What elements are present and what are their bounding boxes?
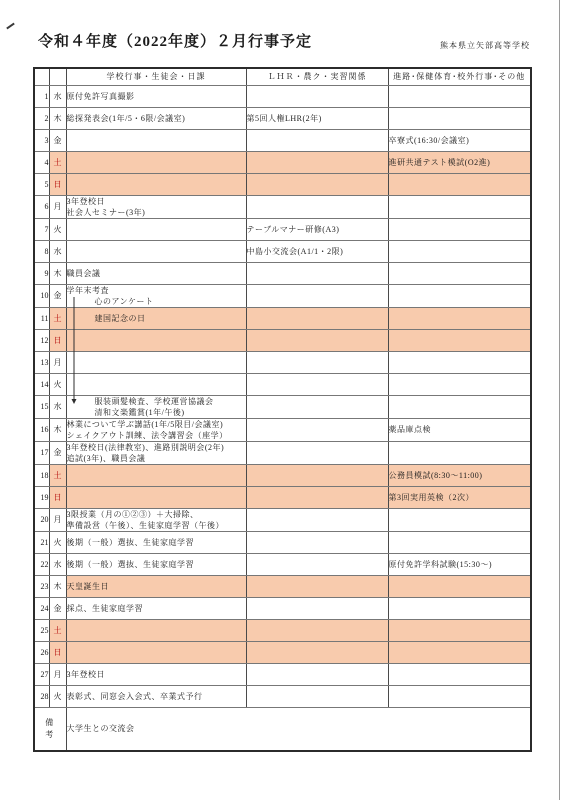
schedule-row: 2木総探発表会(1年/5・6限/会議室)第5回人権LHR(2年): [34, 107, 531, 129]
event-text: 3年登校日: [67, 669, 246, 680]
cell-lhr-club: [246, 284, 388, 307]
header-weekday-blank: [49, 68, 66, 85]
cell-career-other: [388, 575, 531, 597]
event-text: 後期（一般）選抜、生徒家庭学習: [67, 559, 246, 570]
event-text: 薬品庫点検: [389, 424, 531, 435]
cell-career-other: [388, 663, 531, 685]
cell-lhr-club: [246, 373, 388, 395]
day-number: 10: [34, 284, 49, 307]
day-number: 28: [34, 685, 49, 707]
header-day-blank: [34, 68, 49, 85]
day-number: 24: [34, 597, 49, 619]
weekday-label: 水: [49, 395, 66, 418]
cell-career-other: 進研共通テスト模試(O2進): [388, 151, 531, 173]
day-number: 22: [34, 553, 49, 575]
day-number: 23: [34, 575, 49, 597]
cell-lhr-club: [246, 262, 388, 284]
cell-lhr-club: [246, 685, 388, 707]
event-text: 表彰式、同窓会入会式、卒業式予行: [67, 691, 246, 702]
cell-lhr-club: [246, 597, 388, 619]
cell-lhr-club: [246, 441, 388, 464]
day-number: 12: [34, 329, 49, 351]
weekday-label: 月: [49, 351, 66, 373]
cell-career-other: 原付免許学科試験(15:30～): [388, 553, 531, 575]
cell-school-events: [66, 240, 246, 262]
cell-school-events: 建国記念の日: [66, 307, 246, 329]
cell-career-other: 卒寮式(16:30/会議室): [388, 129, 531, 151]
schedule-row: 6月3年登校日社会人セミナー(3年): [34, 195, 531, 218]
weekday-label: 土: [49, 464, 66, 486]
cell-school-events: 原付免許写真撮影: [66, 85, 246, 107]
cell-lhr-club: テーブルマナー研修(A3): [246, 218, 388, 240]
cell-school-events: 後期（一般）選抜、生徒家庭学習: [66, 553, 246, 575]
event-text: 3限授業（月の①②③）＋大掃除、: [67, 509, 246, 520]
cell-school-events: 天皇誕生日: [66, 575, 246, 597]
weekday-label: 水: [49, 553, 66, 575]
weekday-label: 金: [49, 284, 66, 307]
cell-school-events: 表彰式、同窓会入会式、卒業式予行: [66, 685, 246, 707]
day-number: 27: [34, 663, 49, 685]
schedule-row: 25土: [34, 619, 531, 641]
event-text: 林業について学ぶ講話(1年/5限目/会議室): [67, 419, 246, 430]
cell-school-events: [66, 173, 246, 195]
event-text: 3年登校日: [67, 196, 246, 207]
schedule-row: 7火テーブルマナー研修(A3): [34, 218, 531, 240]
schedule-row: 14火: [34, 373, 531, 395]
page-title: 令和４年度（2022年度）２月行事予定: [38, 30, 312, 51]
notes-label-text: 備考: [44, 717, 56, 741]
schedule-row: 18土公務員模試(8:30～11:00): [34, 464, 531, 486]
day-number: 3: [34, 129, 49, 151]
day-number: 1: [34, 85, 49, 107]
cell-career-other: 薬品庫点検: [388, 418, 531, 441]
schedule-page: 令和４年度（2022年度）２月行事予定 熊本県立矢部高等学校 学校行事・生徒会・…: [0, 0, 566, 800]
cell-school-events: 3年登校日社会人セミナー(3年): [66, 195, 246, 218]
event-text: 第3回実用英検（2次）: [389, 492, 531, 503]
weekday-label: 金: [49, 129, 66, 151]
cell-career-other: [388, 107, 531, 129]
weekday-label: 月: [49, 508, 66, 531]
weekday-label: 日: [49, 173, 66, 195]
schedule-table: 学校行事・生徒会・日課 ＬＨＲ・農ク・実習関係 進路･保健体育･校外行事･その他…: [33, 67, 532, 752]
schedule-row: 13月: [34, 351, 531, 373]
event-text: 服装頭髪検査、学校運営協議会: [67, 396, 246, 407]
schedule-row: 12日: [34, 329, 531, 351]
cell-career-other: [388, 508, 531, 531]
schedule-row: 9木職員会議: [34, 262, 531, 284]
day-number: 16: [34, 418, 49, 441]
event-text: 第5回人権LHR(2年): [247, 113, 388, 124]
weekday-label: 金: [49, 441, 66, 464]
cell-career-other: [388, 597, 531, 619]
weekday-label: 木: [49, 418, 66, 441]
schedule-row: 3金卒寮式(16:30/会議室): [34, 129, 531, 151]
day-number: 15: [34, 395, 49, 418]
day-number: 17: [34, 441, 49, 464]
cell-school-events: 職員会議: [66, 262, 246, 284]
notes-row: 備考 大学生との交流会: [34, 707, 531, 751]
cell-school-events: [66, 218, 246, 240]
weekday-label: 水: [49, 240, 66, 262]
weekday-label: 火: [49, 685, 66, 707]
header-lhr-club: ＬＨＲ・農ク・実習関係: [246, 68, 388, 85]
day-number: 26: [34, 641, 49, 663]
cell-lhr-club: [246, 129, 388, 151]
weekday-label: 日: [49, 486, 66, 508]
cell-career-other: [388, 531, 531, 553]
schedule-row: 4土進研共通テスト模試(O2進): [34, 151, 531, 173]
schedule-row: 22水後期（一般）選抜、生徒家庭学習原付免許学科試験(15:30～): [34, 553, 531, 575]
cell-career-other: [388, 395, 531, 418]
cell-career-other: [388, 218, 531, 240]
cell-career-other: [388, 329, 531, 351]
event-text: 中島小交流会(A1/1・2限): [247, 246, 388, 257]
weekday-label: 日: [49, 641, 66, 663]
weekday-label: 火: [49, 218, 66, 240]
cell-lhr-club: 第5回人権LHR(2年): [246, 107, 388, 129]
school-name: 熊本県立矢部高等学校: [440, 40, 530, 51]
event-text: 公務員模試(8:30～11:00): [389, 470, 531, 481]
day-number: 6: [34, 195, 49, 218]
schedule-row: 11土建国記念の日: [34, 307, 531, 329]
cell-school-events: 服装頭髪検査、学校運営協議会清和文楽鑑賞(1年/午後): [66, 395, 246, 418]
cell-school-events: [66, 619, 246, 641]
schedule-row: 17金3年登校日(法律教室)、進路別説明会(2年)追試(3年)、職員会議: [34, 441, 531, 464]
event-text: 職員会議: [67, 268, 246, 279]
schedule-row: 8水中島小交流会(A1/1・2限): [34, 240, 531, 262]
day-number: 8: [34, 240, 49, 262]
schedule-row: 5日: [34, 173, 531, 195]
cell-lhr-club: [246, 418, 388, 441]
day-number: 20: [34, 508, 49, 531]
cell-lhr-club: [246, 619, 388, 641]
event-text: 進研共通テスト模試(O2進): [389, 157, 531, 168]
day-number: 25: [34, 619, 49, 641]
weekday-label: 木: [49, 262, 66, 284]
event-text: シェイクアウト訓練、法令講習会（座学）: [67, 430, 246, 441]
cell-career-other: [388, 685, 531, 707]
schedule-row: 19日第3回実用英検（2次）: [34, 486, 531, 508]
cell-school-events: 林業について学ぶ講話(1年/5限目/会議室)シェイクアウト訓練、法令講習会（座学…: [66, 418, 246, 441]
cell-lhr-club: [246, 486, 388, 508]
schedule-row: 16木林業について学ぶ講話(1年/5限目/会議室)シェイクアウト訓練、法令講習会…: [34, 418, 531, 441]
cell-career-other: [388, 240, 531, 262]
event-text: 原付免許写真撮影: [67, 91, 246, 102]
event-text: 心のアンケート: [67, 296, 246, 307]
schedule-rows: 1水原付免許写真撮影2木総探発表会(1年/5・6限/会議室)第5回人権LHR(2…: [34, 85, 531, 707]
cell-school-events: 学年末考査心のアンケート: [66, 284, 246, 307]
schedule-row: 10金学年末考査心のアンケート: [34, 284, 531, 307]
day-number: 2: [34, 107, 49, 129]
day-number: 11: [34, 307, 49, 329]
notes-label: 備考: [34, 707, 66, 751]
weekday-label: 月: [49, 663, 66, 685]
cell-lhr-club: [246, 195, 388, 218]
schedule-row: 20月3限授業（月の①②③）＋大掃除、準備設営（午後）、生徒家庭学習（午後）: [34, 508, 531, 531]
cell-career-other: 公務員模試(8:30～11:00): [388, 464, 531, 486]
event-text: 後期（一般）選抜、生徒家庭学習: [67, 537, 246, 548]
table-header: 学校行事・生徒会・日課 ＬＨＲ・農ク・実習関係 進路･保健体育･校外行事･その他: [34, 68, 531, 85]
cell-school-events: 3年登校日: [66, 663, 246, 685]
cell-career-other: [388, 284, 531, 307]
cell-career-other: [388, 441, 531, 464]
day-number: 9: [34, 262, 49, 284]
event-text: 採点、生徒家庭学習: [67, 603, 246, 614]
cell-lhr-club: [246, 508, 388, 531]
event-text: 卒寮式(16:30/会議室): [389, 135, 531, 146]
cell-school-events: [66, 464, 246, 486]
day-number: 18: [34, 464, 49, 486]
event-text: 準備設営（午後）、生徒家庭学習（午後）: [67, 520, 246, 531]
cell-school-events: [66, 373, 246, 395]
cell-career-other: [388, 351, 531, 373]
event-text: 社会人セミナー(3年): [67, 207, 246, 218]
cell-school-events: [66, 151, 246, 173]
event-text: 建国記念の日: [67, 313, 246, 324]
cell-career-other: [388, 85, 531, 107]
weekday-label: 月: [49, 195, 66, 218]
cell-career-other: [388, 173, 531, 195]
event-text: 追試(3年)、職員会議: [67, 453, 246, 464]
schedule-row: 28火表彰式、同窓会入会式、卒業式予行: [34, 685, 531, 707]
cell-school-events: [66, 129, 246, 151]
cell-lhr-club: [246, 464, 388, 486]
cell-school-events: 後期（一般）選抜、生徒家庭学習: [66, 531, 246, 553]
cell-lhr-club: [246, 575, 388, 597]
weekday-label: 木: [49, 575, 66, 597]
cell-career-other: [388, 619, 531, 641]
cell-school-events: [66, 351, 246, 373]
weekday-label: 土: [49, 307, 66, 329]
cell-career-other: [388, 195, 531, 218]
weekday-label: 火: [49, 531, 66, 553]
cell-school-events: 採点、生徒家庭学習: [66, 597, 246, 619]
event-text: 総探発表会(1年/5・6限/会議室): [67, 113, 246, 124]
weekday-label: 木: [49, 107, 66, 129]
cell-school-events: [66, 486, 246, 508]
weekday-label: 水: [49, 85, 66, 107]
event-text: 3年登校日(法律教室)、進路別説明会(2年): [67, 442, 246, 453]
weekday-label: 土: [49, 619, 66, 641]
day-number: 13: [34, 351, 49, 373]
cell-lhr-club: [246, 351, 388, 373]
notes-content: 大学生との交流会: [66, 707, 531, 751]
weekday-label: 日: [49, 329, 66, 351]
cell-career-other: [388, 641, 531, 663]
day-number: 7: [34, 218, 49, 240]
weekday-label: 金: [49, 597, 66, 619]
day-number: 4: [34, 151, 49, 173]
day-number: 21: [34, 531, 49, 553]
header-row: 学校行事・生徒会・日課 ＬＨＲ・農ク・実習関係 進路･保健体育･校外行事･その他: [34, 68, 531, 85]
event-text: テーブルマナー研修(A3): [247, 224, 388, 235]
cell-lhr-club: 中島小交流会(A1/1・2限): [246, 240, 388, 262]
scan-artifact-mark: [6, 23, 15, 30]
schedule-row: 23木天皇誕生日: [34, 575, 531, 597]
cell-school-events: 3年登校日(法律教室)、進路別説明会(2年)追試(3年)、職員会議: [66, 441, 246, 464]
cell-career-other: [388, 373, 531, 395]
event-text: 天皇誕生日: [67, 581, 246, 592]
day-number: 19: [34, 486, 49, 508]
event-text: 原付免許学科試験(15:30～): [389, 559, 531, 570]
cell-school-events: 3限授業（月の①②③）＋大掃除、準備設営（午後）、生徒家庭学習（午後）: [66, 508, 246, 531]
schedule-row: 24金採点、生徒家庭学習: [34, 597, 531, 619]
cell-lhr-club: [246, 151, 388, 173]
schedule-row: 21火後期（一般）選抜、生徒家庭学習: [34, 531, 531, 553]
cell-lhr-club: [246, 531, 388, 553]
cell-career-other: [388, 262, 531, 284]
cell-lhr-club: [246, 307, 388, 329]
cell-lhr-club: [246, 85, 388, 107]
scan-edge-line: [559, 0, 560, 800]
cell-career-other: [388, 307, 531, 329]
weekday-label: 火: [49, 373, 66, 395]
notes-section: 備考 大学生との交流会: [34, 707, 531, 751]
cell-lhr-club: [246, 395, 388, 418]
notes-text: 大学生との交流会: [67, 723, 531, 734]
schedule-row: 1水原付免許写真撮影: [34, 85, 531, 107]
day-number: 14: [34, 373, 49, 395]
cell-lhr-club: [246, 553, 388, 575]
schedule-row: 15水服装頭髪検査、学校運営協議会清和文楽鑑賞(1年/午後): [34, 395, 531, 418]
header-school-events: 学校行事・生徒会・日課: [66, 68, 246, 85]
cell-lhr-club: [246, 173, 388, 195]
header-career-other: 進路･保健体育･校外行事･その他: [388, 68, 531, 85]
schedule-row: 26日: [34, 641, 531, 663]
day-number: 5: [34, 173, 49, 195]
cell-school-events: [66, 329, 246, 351]
cell-lhr-club: [246, 329, 388, 351]
event-text: 学年末考査: [67, 285, 246, 296]
weekday-label: 土: [49, 151, 66, 173]
event-text: 清和文楽鑑賞(1年/午後): [67, 407, 246, 418]
schedule-row: 27月3年登校日: [34, 663, 531, 685]
cell-lhr-club: [246, 641, 388, 663]
cell-career-other: 第3回実用英検（2次）: [388, 486, 531, 508]
cell-lhr-club: [246, 663, 388, 685]
cell-school-events: 総探発表会(1年/5・6限/会議室): [66, 107, 246, 129]
cell-school-events: [66, 641, 246, 663]
